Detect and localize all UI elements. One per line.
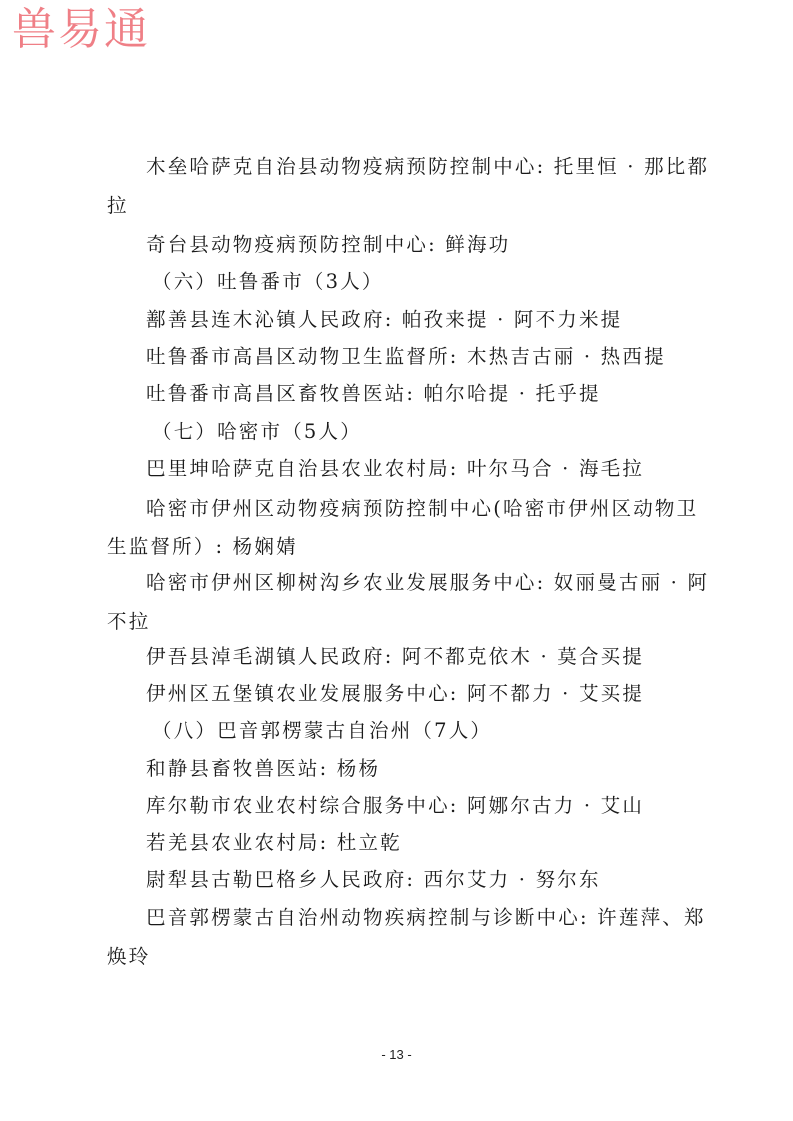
list-item: 奇台县动物疫病预防控制中心: 鲜海功 xyxy=(146,233,510,257)
section-heading: （七）哈密市（5人） xyxy=(152,420,362,444)
list-item-continuation: 生监督所）: 杨娴婧 xyxy=(107,535,298,559)
list-item-continuation: 不拉 xyxy=(107,610,150,634)
list-item: 若羌县农业农村局: 杜立乾 xyxy=(146,831,402,855)
list-item: 木垒哈萨克自治县动物疫病预防控制中心: 托里恒 · 那比都 xyxy=(146,155,709,179)
list-item-continuation: 拉 xyxy=(107,194,129,218)
list-item: 巴音郭楞蒙古自治州动物疾病控制与诊断中心: 许莲萍、郑 xyxy=(146,906,706,930)
watermark-logo: 兽易通 xyxy=(12,2,150,58)
list-item: 哈密市伊州区动物疫病预防控制中心(哈密市伊州区动物卫 xyxy=(146,497,698,521)
list-item: 哈密市伊州区柳树沟乡农业发展服务中心: 奴丽曼古丽 · 阿 xyxy=(146,571,709,595)
list-item: 吐鲁番市高昌区动物卫生监督所: 木热吉古丽 · 热西提 xyxy=(146,345,666,369)
list-item: 尉犁县古勒巴格乡人民政府: 西尔艾力 · 努尔东 xyxy=(146,868,601,892)
list-item-continuation: 焕玲 xyxy=(107,945,150,969)
list-item: 伊吾县淖毛湖镇人民政府: 阿不都克依木 · 莫合买提 xyxy=(146,645,644,669)
list-item: 伊州区五堡镇农业发展服务中心: 阿不都力 · 艾买提 xyxy=(146,682,644,706)
page-number: - 13 - xyxy=(0,1047,793,1062)
list-item: 鄯善县连木沁镇人民政府: 帕孜来提 · 阿不力米提 xyxy=(146,308,622,332)
list-item: 和静县畜牧兽医站: 杨杨 xyxy=(146,757,380,781)
section-heading: （八）巴音郭楞蒙古自治州（7人） xyxy=(152,719,492,743)
list-item: 巴里坤哈萨克自治县农业农村局: 叶尔马合 · 海毛拉 xyxy=(146,457,644,481)
list-item: 库尔勒市农业农村综合服务中心: 阿娜尔古力 · 艾山 xyxy=(146,794,644,818)
list-item: 吐鲁番市高昌区畜牧兽医站: 帕尔哈提 · 托乎提 xyxy=(146,382,601,406)
section-heading: （六）吐鲁番市（3人） xyxy=(152,270,384,294)
